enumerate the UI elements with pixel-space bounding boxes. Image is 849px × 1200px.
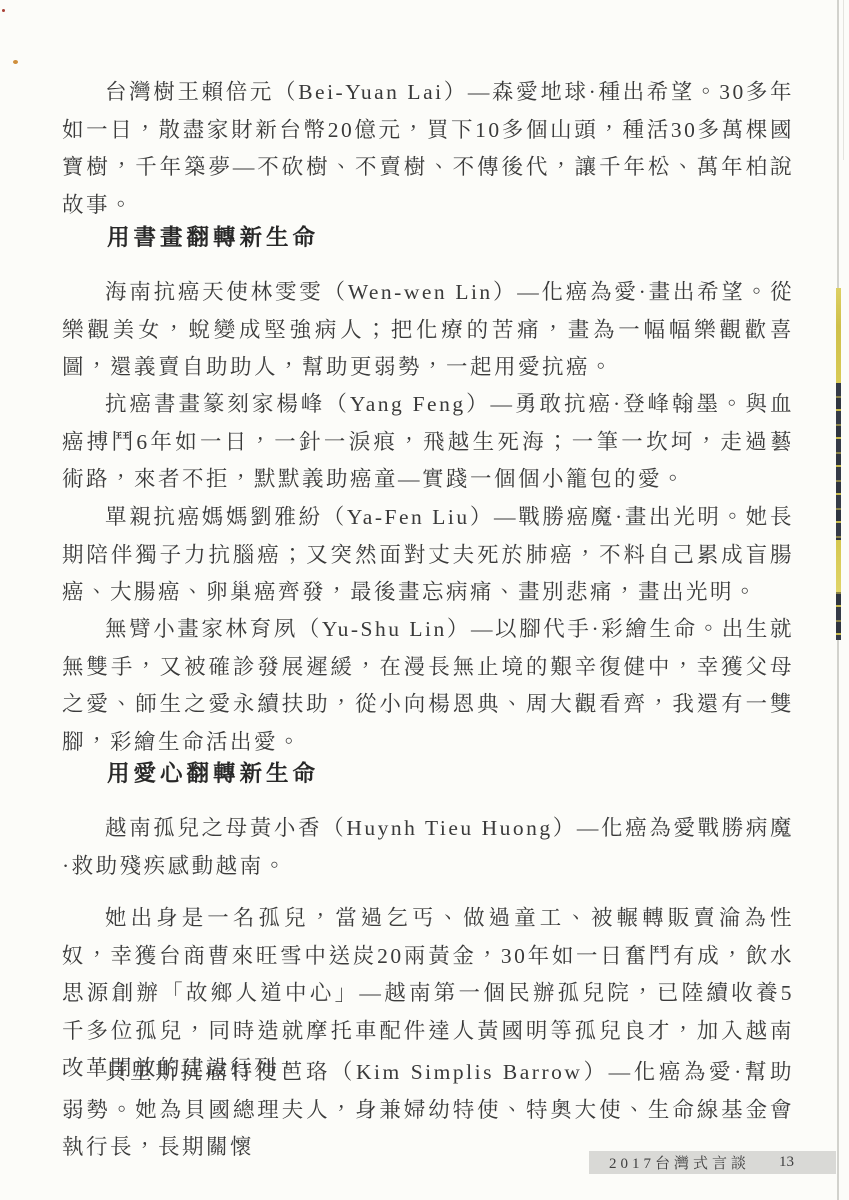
book-edge-color-strip (836, 288, 841, 592)
scan-speck-red (2, 9, 5, 12)
section-heading-love: 用愛心翻轉新生命 (62, 756, 794, 788)
section-heading-calligraphy: 用書畫翻轉新生命 (62, 220, 794, 252)
paragraph-yafen-liu: 單親抗癌媽媽劉雅紛（Ya-Fen Liu）—戰勝癌魔·畫出光明。她長期陪伴獨子力… (62, 499, 794, 612)
paragraph-huynh-tieu-huong: 越南孤兒之母黃小香（Huynh Tieu Huong）—化癌為愛戰勝病魔·救助殘… (62, 810, 794, 885)
paragraph-yang-feng: 抗癌書畫篆刻家楊峰（Yang Feng）—勇敢抗癌·登峰翰墨。與血癌搏鬥6年如一… (62, 386, 794, 499)
footer-book-title: 2017台灣式言談 (609, 1152, 750, 1173)
scan-speck-orange (13, 60, 18, 64)
scan-edge-line-secondary (843, 0, 844, 160)
paragraph-wenwen-lin: 海南抗癌天使林雯雯（Wen-wen Lin）—化癌為愛·畫出希望。從樂觀美女，蛻… (62, 274, 794, 387)
edge-strip-dark-middle (836, 383, 841, 640)
paragraph-tree-king: 台灣樹王賴倍元（Bei-Yuan Lai）—森愛地球·種出希望。30多年如一日，… (62, 74, 794, 224)
paragraph-yushu-lin: 無臂小畫家林育夙（Yu-Shu Lin）—以腳代手·彩繪生命。出生就無雙手，又被… (62, 611, 794, 761)
footer-bar: 2017台灣式言談 13 (589, 1151, 836, 1174)
edge-strip-yellow-bottom (836, 540, 841, 592)
edge-strip-yellow-top (836, 288, 841, 383)
paragraph-kim-simplis-barrow: 貝里斯抗癌特使芭珞（Kim Simplis Barrow）—化癌為愛·幫助弱勢。… (62, 1054, 794, 1167)
page-number: 13 (779, 1154, 794, 1171)
scanned-book-page: 台灣樹王賴倍元（Bei-Yuan Lai）—森愛地球·種出希望。30多年如一日，… (0, 0, 849, 1200)
